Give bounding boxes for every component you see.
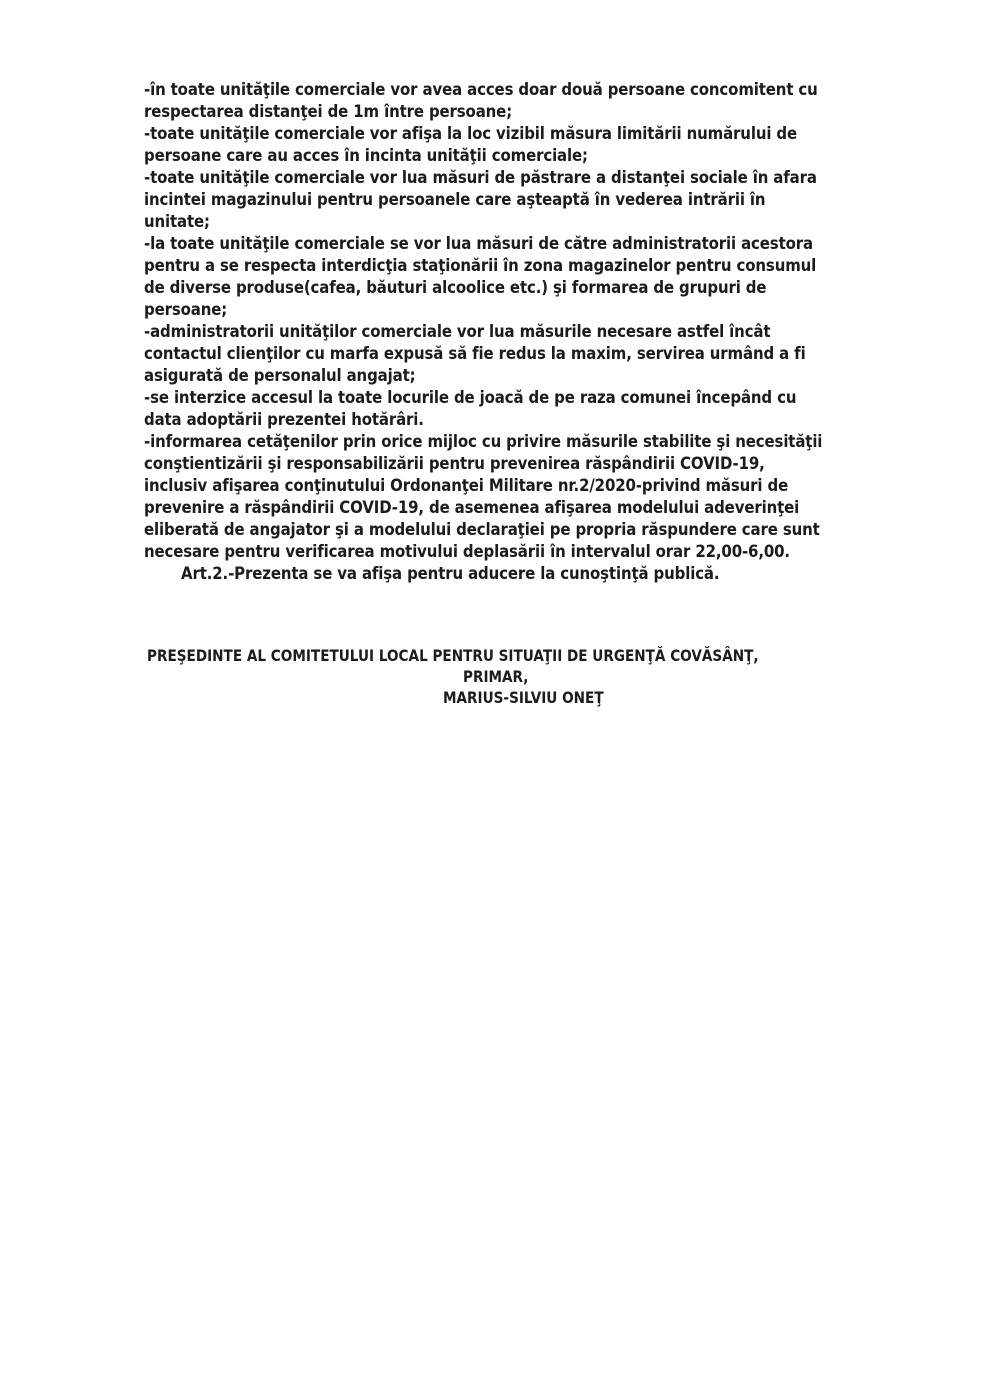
body-line: respectarea distanţei de 1m între persoa… — [144, 101, 512, 123]
body-line: contactul clienţilor cu marfa expusă să … — [144, 343, 806, 365]
body-line: eliberată de angajator şi a modelului de… — [144, 519, 820, 541]
body-line: prevenire a răspândirii COVID-19, de ase… — [144, 497, 799, 519]
body-line: unitate; — [144, 211, 210, 233]
body-line: -toate unităţile comerciale vor lua măsu… — [144, 167, 817, 189]
body-line: -informarea cetăţenilor prin orice mijlo… — [144, 431, 822, 453]
body-line: persoane care au acces în incinta unităţ… — [144, 145, 588, 167]
signature-role: PRIMAR, — [463, 666, 528, 687]
body-line: -administratorii unităţilor comerciale v… — [144, 321, 770, 343]
body-line: necesare pentru verificarea motivului de… — [144, 541, 790, 563]
body-line: pentru a se respecta interdicţia staţion… — [144, 255, 816, 277]
body-line: asigurată de personalul angajat; — [144, 365, 415, 387]
body-line: persoane; — [144, 299, 227, 321]
body-line: de diverse produse(cafea, băuturi alcool… — [144, 277, 766, 299]
document-page: -în toate unităţile comerciale vor avea … — [0, 0, 990, 1400]
body-line: conştientizării şi responsabilizării pen… — [144, 453, 765, 475]
body-line: -la toate unităţile comerciale se vor lu… — [144, 233, 813, 255]
signature-name: MARIUS-SILVIU ONEŢ — [443, 687, 604, 708]
body-line: data adoptării prezentei hotărâri. — [144, 409, 424, 431]
body-line: -în toate unităţile comerciale vor avea … — [144, 79, 818, 101]
body-line: -se interzice accesul la toate locurile … — [144, 387, 796, 409]
body-line: inclusiv afişarea conţinutului Ordonanţe… — [144, 475, 788, 497]
scan-fade — [850, 60, 990, 580]
body-line: incintei magazinului pentru persoanele c… — [144, 189, 765, 211]
signature-title: PREŞEDINTE AL COMITETULUI LOCAL PENTRU S… — [147, 645, 759, 666]
article-2: Art.2.-Prezenta se va afişa pentru aduce… — [181, 563, 719, 585]
body-line: -toate unităţile comerciale vor afişa la… — [144, 123, 797, 145]
